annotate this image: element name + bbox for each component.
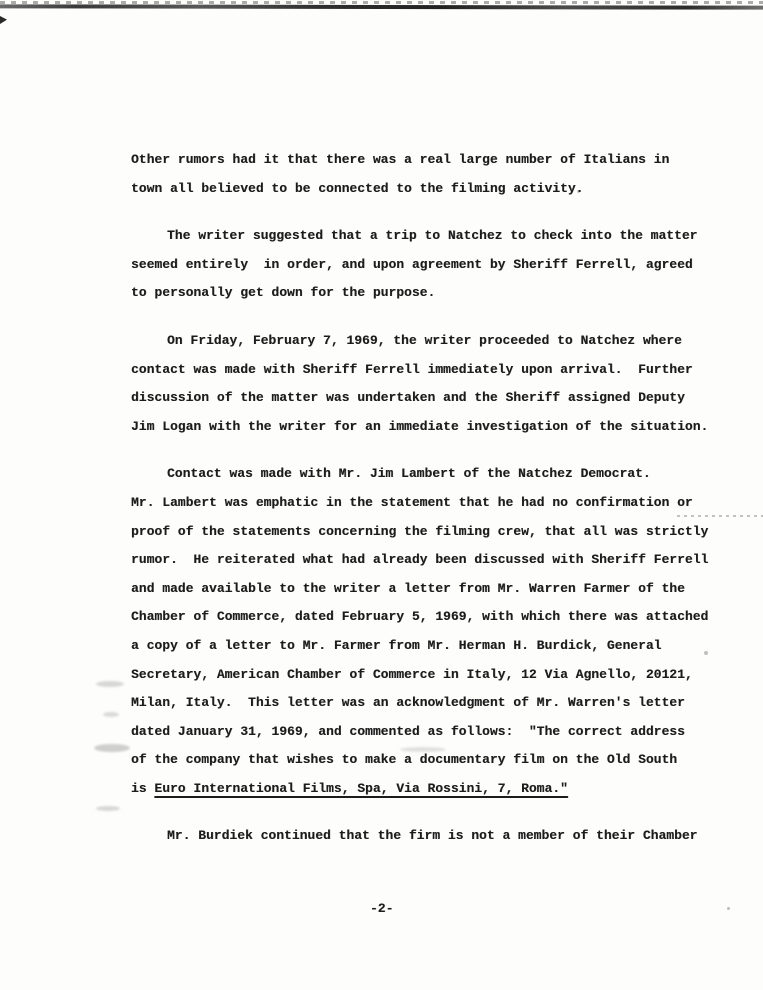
scan-artifact-top-line <box>0 4 763 9</box>
scanned-document-page: Other rumors had it that there was a rea… <box>0 0 763 990</box>
text-line: proof of the statements concerning the f… <box>131 518 741 547</box>
text-line: Mr. Lambert was emphatic in the statemen… <box>131 489 741 518</box>
text-line: Secretary, American Chamber of Commerce … <box>131 661 741 690</box>
text-line: and made available to the writer a lette… <box>131 575 741 604</box>
text-line: dated January 31, 1969, and commented as… <box>131 718 741 747</box>
paragraph: Other rumors had it that there was a rea… <box>131 146 741 203</box>
paragraph: The writer suggested that a trip to Natc… <box>131 222 741 308</box>
scan-noise-smudge <box>96 806 120 811</box>
paragraph: On Friday, February 7, 1969, the writer … <box>131 327 741 441</box>
scan-noise-smudge <box>96 681 124 687</box>
text-line: Contact was made with Mr. Jim Lambert of… <box>131 460 741 489</box>
text-line: On Friday, February 7, 1969, the writer … <box>131 327 741 356</box>
text-line: seemed entirely in order, and upon agree… <box>131 251 741 280</box>
text-line: of the company that wishes to make a doc… <box>131 746 741 775</box>
text-line: town all believed to be connected to the… <box>131 175 741 204</box>
page-number: -2- <box>370 901 393 916</box>
text-line: The writer suggested that a trip to Natc… <box>131 222 741 251</box>
text-line: is Euro International Films, Spa, Via Ro… <box>131 775 741 804</box>
scan-noise-speck <box>727 907 730 910</box>
text-line: rumor. He reiterated what had already be… <box>131 546 741 575</box>
text-line: Chamber of Commerce, dated February 5, 1… <box>131 603 741 632</box>
document-body: Other rumors had it that there was a rea… <box>131 146 741 870</box>
scan-artifact-corner-mark <box>0 16 7 24</box>
text-line: a copy of a letter to Mr. Farmer from Mr… <box>131 632 741 661</box>
text-line: Other rumors had it that there was a rea… <box>131 146 741 175</box>
paragraph: Contact was made with Mr. Jim Lambert of… <box>131 460 741 803</box>
text-line: contact was made with Sheriff Ferrell im… <box>131 356 741 385</box>
text-line: Jim Logan with the writer for an immedia… <box>131 413 741 442</box>
scan-noise-smudge <box>103 712 119 717</box>
text-line: Milan, Italy. This letter was an acknowl… <box>131 689 741 718</box>
underlined-text: Euro International Films, Spa, Via Rossi… <box>154 781 567 796</box>
text-line: discussion of the matter was undertaken … <box>131 384 741 413</box>
text-segment: is <box>131 781 154 796</box>
text-line: Mr. Burdiek continued that the firm is n… <box>131 822 741 851</box>
scan-noise-smudge <box>94 744 130 752</box>
paragraph: Mr. Burdiek continued that the firm is n… <box>131 822 741 851</box>
text-line: to personally get down for the purpose. <box>131 279 741 308</box>
